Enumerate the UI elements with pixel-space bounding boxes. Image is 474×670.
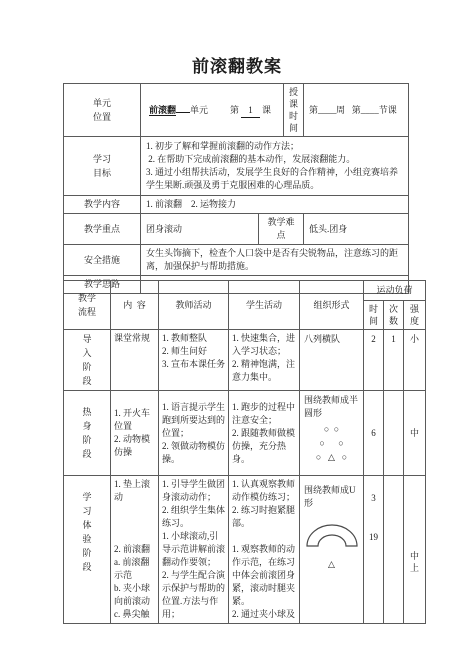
learn-content-cell: 1. 垫上滚动 2. 前滚翻 a. 前滚翻示范 b. 夹小球向前滚动 c. 鼻尖… [111, 476, 159, 624]
lesson-prefix: 第 [230, 105, 239, 115]
intro-time-cell: 2 [364, 330, 384, 391]
unit-name: 前滚翻 [149, 105, 176, 116]
u-arc-shape [304, 522, 360, 548]
header-organization: 组织形式 [313, 300, 349, 310]
header-teacher: 教师活动 [175, 300, 211, 310]
header-load: 运动负荷 [377, 285, 413, 295]
learn-teacher-cell: 1. 引导学生做团身滚动动作； 2. 组织学生集体练习。 1. 小球滚动,引导示… [159, 476, 229, 624]
intro-teacher-cell: 1. 教师整队 2. 师生问好 3. 宣布本课任务 [159, 330, 229, 391]
intro-content-cell: 课堂常规 [111, 330, 159, 391]
row-safety: 安全措施 女生头饰摘下，检查个人口袋中是否有尖锐物品，注意练习的距离，加强保护与… [64, 245, 409, 276]
learn-intensity-value: 中上 [410, 550, 420, 574]
header-content: 内 容 [123, 300, 146, 310]
key-label: 教学重点 [84, 224, 120, 234]
difficulty-label-cell: 教学难点 [259, 214, 304, 245]
stage-row-intro: 导入阶段 课堂常规 1. 教师整队 2. 师生问好 3. 宣布本课任务 1. 快… [64, 330, 426, 391]
row-content: 教学内容 1. 前滚翻 2. 运物接力 [64, 196, 409, 214]
header-flow-cell: 教学流程 [64, 281, 111, 330]
warmup-content-cell: 1. 开火车位置 2. 动物模仿操 [111, 391, 159, 476]
lesson-number: 1 [241, 104, 260, 118]
header-intensity: 强度 [410, 303, 420, 327]
stage-row-learn: 学习体验阶段 1. 垫上滚动 2. 前滚翻 a. 前滚翻示范 b. 夹小球向前滚… [64, 476, 426, 624]
lesson-suffix: 课 [262, 105, 271, 115]
warmup-count-cell [384, 391, 404, 476]
warmup-flow-label: 热身阶段 [82, 405, 92, 461]
intro-organization: 八列横队 [304, 333, 359, 346]
formation-row-1: ○ ○ [304, 422, 359, 436]
row-unit-position: 单元位置 前滚翻单元第 1 课 授课时间 第____周 第____节课 [64, 84, 409, 137]
safety-label-cell: 安全措施 [64, 245, 141, 276]
intro-content: 课堂常规 [114, 332, 155, 345]
warmup-intensity-value: 中 [410, 428, 419, 438]
intro-flow-cell: 导入阶段 [64, 330, 111, 391]
goal-text: 1. 初步了解和掌握前滚翻的动作方法； 2. 在帮助下完成前滚翻的基本动作，发展… [146, 140, 403, 192]
warmup-flow-cell: 热身阶段 [64, 391, 111, 476]
unit-value-cell: 前滚翻单元第 1 课 [141, 84, 284, 137]
header-student: 学生活动 [246, 300, 282, 310]
learn-intensity-cell: 中上 [404, 476, 426, 624]
learn-time-cell: 3 19 [364, 476, 384, 624]
intro-intensity-cell: 小 [404, 330, 426, 391]
key-value: 团身滚动 [146, 224, 182, 234]
intro-count-cell: 1 [384, 330, 404, 391]
learn-organization-cell: 围绕教师成U形 △ [300, 476, 364, 624]
header-flow: 教学流程 [77, 291, 97, 319]
content-label: 教学内容 [84, 199, 120, 209]
header-load-cell: 运动负荷 [364, 281, 426, 301]
learn-student-activity: 1. 认真观察教师动作模仿练习； 2. 练习时抱紧腿部。 1. 观察教师的动作示… [232, 478, 296, 621]
header-content-cell: 内 容 [111, 281, 159, 330]
intro-count-value: 1 [391, 334, 396, 344]
unit-underline-blank [176, 103, 190, 113]
content-value-cell: 1. 前滚翻 2. 运物接力 [141, 196, 409, 214]
learn-flow-label: 学习体验阶段 [82, 490, 92, 574]
safety-value-cell: 女生头饰摘下，检查个人口袋中是否有尖锐物品，注意练习的距离，加强保护与帮助措施。 [141, 245, 409, 276]
learn-organization-text: 围绕教师成U形 [304, 484, 359, 510]
learn-count-cell [384, 476, 404, 624]
content-value: 1. 前滚翻 2. 运物接力 [146, 199, 236, 209]
learn-time-value-top: 3 [367, 492, 380, 505]
u-formation-icon [304, 522, 359, 552]
flow-table: 教学流程 内 容 教师活动 学生活动 组织形式 运动负荷 时间 次数 [63, 280, 426, 624]
goal-value-cell: 1. 初步了解和掌握前滚翻的动作方法； 2. 在帮助下完成前滚翻的基本动作，发展… [141, 137, 409, 196]
intro-time-value: 2 [371, 334, 376, 344]
safety-label: 安全措施 [84, 255, 120, 265]
content-label-cell: 教学内容 [64, 196, 141, 214]
teach-time-value-cell: 第____周 第____节课 [304, 84, 409, 137]
key-label-cell: 教学重点 [64, 214, 141, 245]
warmup-organization-cell: 围绕教师成半圆形 ○ ○ ○ ○ ○ △ ○ [300, 391, 364, 476]
warmup-student-cell: 1. 跑步的过程中注意安全； 2. 跟随教师做模仿操，充分热身。 [229, 391, 300, 476]
unit-position-label-cell: 单元位置 [64, 84, 141, 137]
teach-time-label: 授课时间 [289, 86, 299, 134]
lesson-plan-page: 前滚翻教案 单元位置 前滚翻单元第 1 课 授课时间 第____周 第____节… [0, 0, 474, 670]
stage-row-warmup: 热身阶段 1. 开火车位置 2. 动物模仿操 1. 语言提示学生跑到所要达到的位… [64, 391, 426, 476]
header-intensity-cell: 强度 [404, 301, 426, 330]
difficulty-value-cell: 低头.团身 [304, 214, 409, 245]
info-table: 单元位置 前滚翻单元第 1 课 授课时间 第____周 第____节课 学习目标… [63, 83, 409, 294]
page-title: 前滚翻教案 [0, 52, 474, 77]
warmup-organization-text: 围绕教师成半圆形 [304, 394, 359, 420]
intro-intensity-value: 小 [410, 334, 419, 344]
teach-time-value: 第____周 第____节课 [309, 105, 397, 115]
learn-flow-cell: 学习体验阶段 [64, 476, 111, 624]
key-value-cell: 团身滚动 [141, 214, 259, 245]
intro-student-cell: 1. 快速集合，进入学习状态； 2. 精神饱满，注意力集中。 [229, 330, 300, 391]
warmup-student-activity: 1. 跑步的过程中注意安全； 2. 跟随教师做模仿操，充分热身。 [232, 401, 296, 466]
difficulty-value: 低头.团身 [309, 224, 347, 234]
header-count-cell: 次数 [384, 301, 404, 330]
warmup-teacher-cell: 1. 语言提示学生跑到所要达到的位置； 2. 领做动物模仿操。 [159, 391, 229, 476]
safety-value: 女生头饰摘下，检查个人口袋中是否有尖锐物品，注意练习的距离，加强保护与帮助措施。 [146, 247, 403, 273]
intro-organization-cell: 八列横队 [300, 330, 364, 391]
goal-label-cell: 学习目标 [64, 137, 141, 196]
header-count: 次数 [389, 303, 399, 327]
warmup-time-value: 6 [371, 428, 376, 438]
flow-header-row-1: 教学流程 内 容 教师活动 学生活动 组织形式 运动负荷 [64, 281, 426, 301]
row-goals: 学习目标 1. 初步了解和掌握前滚翻的动作方法； 2. 在帮助下完成前滚翻的基本… [64, 137, 409, 196]
learn-student-cell: 1. 认真观察教师动作模仿练习； 2. 练习时抱紧腿部。 1. 观察教师的动作示… [229, 476, 300, 624]
formation-row-3: ○ △ ○ [304, 450, 359, 464]
unit-position-label: 单元位置 [92, 96, 112, 124]
intro-student-activity: 1. 快速集合，进入学习状态； 2. 精神饱满，注意力集中。 [232, 332, 296, 384]
warmup-teacher-activity: 1. 语言提示学生跑到所要达到的位置； 2. 领做动物模仿操。 [162, 401, 225, 466]
header-student-cell: 学生活动 [229, 281, 300, 330]
learn-teacher-activity: 1. 引导学生做团身滚动动作； 2. 组织学生集体练习。 1. 小球滚动,引导示… [162, 478, 225, 621]
row-key-difficulty: 教学重点 团身滚动 教学难点 低头.团身 [64, 214, 409, 245]
header-teacher-cell: 教师活动 [159, 281, 229, 330]
warmup-content: 1. 开火车位置 2. 动物模仿操 [114, 407, 155, 459]
intro-flow-label: 导入阶段 [82, 332, 92, 388]
learn-content: 1. 垫上滚动 2. 前滚翻 a. 前滚翻示范 b. 夹小球向前滚动 c. 鼻尖… [114, 478, 155, 621]
formation-row-2: ○ ○ [304, 436, 359, 450]
difficulty-label: 教学难点 [267, 217, 294, 240]
header-time: 时间 [369, 303, 379, 327]
warmup-time-cell: 6 [364, 391, 384, 476]
warmup-formation-diagram: ○ ○ ○ ○ ○ △ ○ [304, 422, 359, 464]
learn-time-value-bottom: 19 [369, 531, 379, 543]
header-organization-cell: 组织形式 [300, 281, 364, 330]
intro-teacher-activity: 1. 教师整队 2. 师生问好 3. 宣布本课任务 [162, 332, 225, 371]
warmup-intensity-cell: 中 [404, 391, 426, 476]
teach-time-label-cell: 授课时间 [284, 84, 304, 137]
unit-word: 单元 [190, 105, 208, 115]
teacher-triangle-symbol: △ [304, 558, 359, 571]
goal-label: 学习目标 [92, 152, 112, 180]
header-time-cell: 时间 [364, 301, 384, 330]
